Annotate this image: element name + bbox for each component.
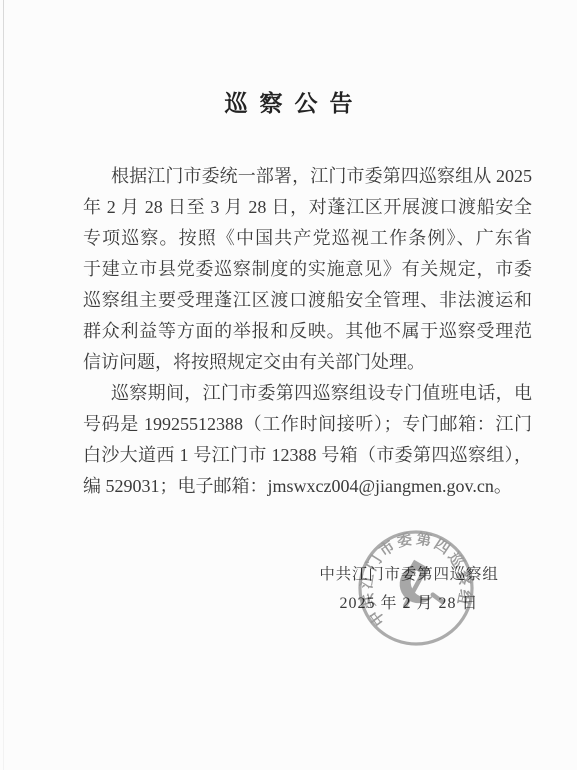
notice-body: 根据江门市委统一部署，江门市委第四巡察组从 2025 年 2 月 28 日至 3… — [83, 161, 532, 502]
body-line: 编 529031；电子邮箱：jmswxcz004@jiangmen.gov.cn… — [83, 471, 532, 502]
body-line: 于建立市县党委巡察制度的实施意见》有关规定，市委第四 — [83, 254, 532, 285]
body-line: 巡察期间，江门市委第四巡察组设专门值班电话，电话 — [83, 378, 532, 409]
body-line: 白沙大道西 1 号江门市 12388 号箱（市委第四巡察组），邮 — [83, 440, 532, 471]
body-line: 专项巡察。按照《中国共产党巡视工作条例》、广东省《关 — [83, 223, 532, 254]
seal-ring-text: 中共江门市委第四巡察组 — [351, 523, 480, 631]
body-line: 年 2 月 28 日至 3 月 28 日，对蓬江区开展渡口渡船安全管理 — [83, 192, 532, 223]
body-line: 根据江门市委统一部署，江门市委第四巡察组从 2025 — [83, 161, 532, 192]
body-line: 群众利益等方面的举报和反映。其他不属于巡察受理范围的 — [83, 316, 532, 347]
hammer-sickle-icon — [395, 556, 443, 610]
body-line: 巡察组主要受理蓬江区渡口渡船安全管理、非法渡运和侵害 — [83, 285, 532, 316]
body-line: 信访问题，将按照规定交由有关部门处理。 — [83, 347, 532, 378]
scanned-notice-page: 巡察公告 根据江门市委统一部署，江门市委第四巡察组从 2025 年 2 月 28… — [0, 0, 577, 770]
official-seal: 中共江门市委第四巡察组 — [351, 523, 481, 653]
page-title: 巡察公告 — [0, 85, 577, 118]
body-line: 号码是 19925512388（工作时间接听）；专门邮箱：江门市 — [83, 409, 532, 440]
